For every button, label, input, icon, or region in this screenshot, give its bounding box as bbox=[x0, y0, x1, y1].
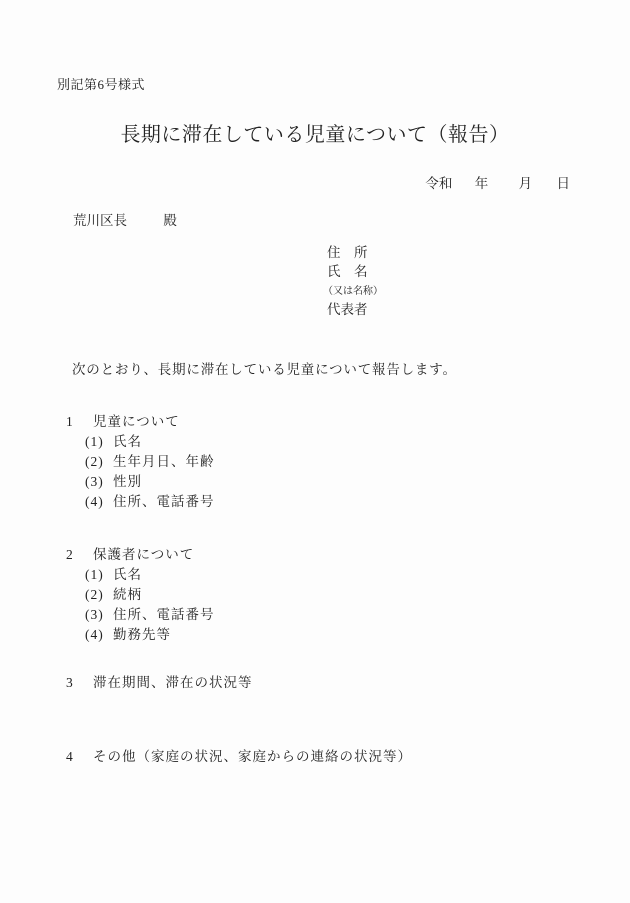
section-heading: 2 保護者について bbox=[66, 545, 215, 565]
date-year-label: 年 bbox=[475, 172, 489, 192]
section-number: 3 bbox=[66, 673, 93, 693]
section-item: (3) 性別 bbox=[85, 472, 215, 492]
document-page: 別記第6号様式 長期に滞在している児童について（報告） 令和 年 月 日 荒川区… bbox=[0, 0, 630, 903]
section-number: 2 bbox=[66, 545, 93, 565]
page-title: 長期に滞在している児童について（報告） bbox=[0, 118, 630, 147]
section-item: (4) 住所、電話番号 bbox=[85, 492, 215, 512]
section-item: (1) 氏名 bbox=[85, 565, 215, 585]
section-4-other: 4 その他（家庭の状況、家庭からの連絡の状況等） bbox=[66, 747, 412, 767]
section-item: (1) 氏名 bbox=[85, 432, 215, 452]
item-number: (1) bbox=[85, 565, 113, 585]
section-item: (3) 住所、電話番号 bbox=[85, 605, 215, 625]
item-text: 氏名 bbox=[113, 565, 142, 585]
section-title: 滞在期間、滞在の状況等 bbox=[93, 673, 253, 693]
item-number: (2) bbox=[85, 585, 113, 605]
item-text: 続柄 bbox=[113, 585, 142, 605]
section-2-guardians: 2 保護者について (1) 氏名 (2) 続柄 (3) 住所、電話番号 (4) … bbox=[66, 545, 215, 645]
item-text: 住所、電話番号 bbox=[113, 492, 215, 512]
sender-block: 住 所 氏 名 （又は名称） 代表者 bbox=[327, 246, 383, 317]
section-title: 保護者について bbox=[93, 545, 194, 565]
date-day-label: 日 bbox=[557, 172, 571, 192]
report-statement: 次のとおり、長期に滞在している児童について報告します。 bbox=[72, 358, 457, 378]
item-number: (2) bbox=[85, 452, 113, 472]
section-number: 4 bbox=[66, 747, 93, 767]
addressee-name: 荒川区長 bbox=[73, 213, 127, 228]
section-item: (4) 勤務先等 bbox=[85, 625, 215, 645]
sender-representative-label: 代表者 bbox=[327, 303, 383, 317]
sender-name-alt-note: （又は名称） bbox=[323, 285, 383, 299]
date-era-label: 令和 bbox=[425, 172, 452, 192]
section-heading: 1 児童について bbox=[66, 412, 215, 432]
section-heading: 3 滞在期間、滞在の状況等 bbox=[66, 673, 253, 693]
section-number: 1 bbox=[66, 412, 93, 432]
form-code: 別記第6号様式 bbox=[57, 74, 145, 93]
sender-address-label: 住 所 bbox=[327, 246, 383, 260]
section-title: その他（家庭の状況、家庭からの連絡の状況等） bbox=[93, 747, 412, 767]
addressee-honorific: 殿 bbox=[163, 213, 177, 228]
item-text: 生年月日、年齢 bbox=[113, 452, 215, 472]
section-1-children: 1 児童について (1) 氏名 (2) 生年月日、年齢 (3) 性別 (4) 住… bbox=[66, 412, 215, 512]
item-number: (4) bbox=[85, 625, 113, 645]
section-item: (2) 続柄 bbox=[85, 585, 215, 605]
section-heading: 4 その他（家庭の状況、家庭からの連絡の状況等） bbox=[66, 747, 412, 767]
section-3-stay-period: 3 滞在期間、滞在の状況等 bbox=[66, 673, 253, 693]
item-text: 性別 bbox=[113, 472, 142, 492]
date-line: 令和 年 月 日 bbox=[425, 172, 570, 192]
sender-name-label: 氏 名 bbox=[327, 265, 383, 279]
item-text: 勤務先等 bbox=[113, 625, 171, 645]
section-item: (2) 生年月日、年齢 bbox=[85, 452, 215, 472]
item-text: 氏名 bbox=[113, 432, 142, 452]
section-title: 児童について bbox=[93, 412, 180, 432]
item-number: (4) bbox=[85, 492, 113, 512]
date-month-label: 月 bbox=[519, 172, 533, 192]
item-text: 住所、電話番号 bbox=[113, 605, 215, 625]
addressee-line: 荒川区長 殿 bbox=[73, 209, 177, 229]
item-number: (3) bbox=[85, 472, 113, 492]
item-number: (1) bbox=[85, 432, 113, 452]
item-number: (3) bbox=[85, 605, 113, 625]
